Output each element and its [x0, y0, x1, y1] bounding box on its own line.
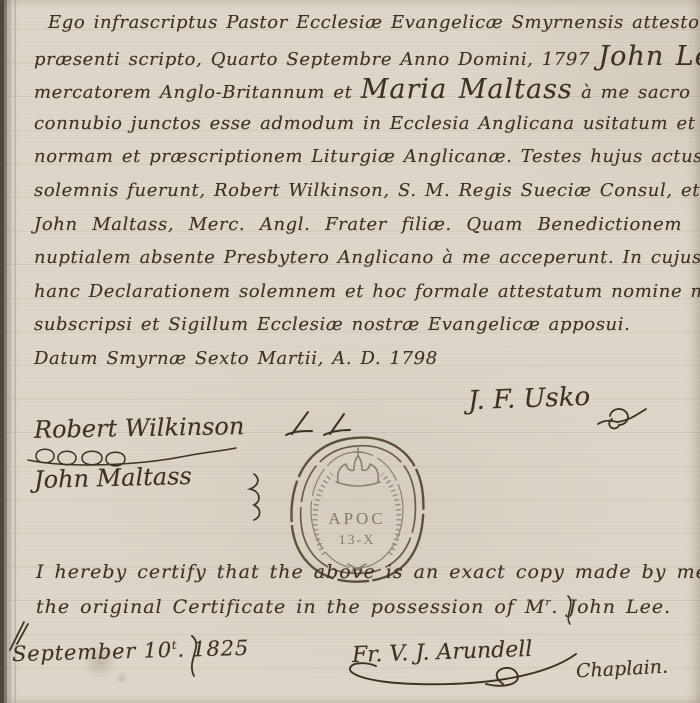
pen-tail-after-lee	[560, 592, 580, 628]
pen-tail-after-date	[182, 632, 208, 680]
manuscript-page: Ego infrascriptus Pastor Ecclesiæ Evange…	[0, 0, 700, 703]
datum-line-text: Datum Smyrnæ Sexto Martii, A. D. 1798	[34, 348, 438, 369]
latin-attestation-paragraph: Ego infrascriptus Pastor Ecclesiæ Evange…	[34, 6, 682, 376]
certification-line-2-text: the original Certificate in the possessi…	[36, 596, 545, 618]
binding-edge	[0, 0, 18, 703]
latin-line-2-text: præsenti scripto, Quarto Septembre Anno …	[34, 49, 598, 70]
maltass-signature-flourish	[238, 470, 266, 524]
certification-date: September 10t. 1825	[12, 636, 250, 666]
name-john-lee: John Lee,	[598, 41, 700, 72]
latin-line-3: mercatorem Anglo-Britannum et Maria Malt…	[34, 73, 682, 107]
latin-line-2: præsenti scripto, Quarto Septembre Anno …	[34, 40, 682, 74]
certification-line-1-text: I hereby certify that the above is an ex…	[36, 561, 700, 583]
latin-line-1: Ego infrascriptus Pastor Ecclesiæ Evange…	[34, 6, 682, 40]
latin-line-3-text: mercatorem Anglo-Britannum et	[34, 82, 361, 103]
latin-line-5: normam et præscriptionem Liturgiæ Anglic…	[34, 140, 682, 174]
latin-line-5-text: normam et præscriptionem Liturgiæ Anglic…	[34, 146, 700, 167]
signature-john-maltass: John Maltass	[34, 462, 192, 494]
certification-line-1: I hereby certify that the above is an ex…	[36, 561, 648, 583]
latin-line-6-text: solemnis fuerunt, Robert Wilkinson, S. M…	[34, 180, 700, 201]
latin-line-6: solemnis fuerunt, Robert Wilkinson, S. M…	[34, 174, 682, 208]
latin-line-7: John Maltass, Merc. Angl. Frater filiæ. …	[34, 208, 682, 242]
datum-line: Datum Smyrnæ Sexto Martii, A. D. 1798	[34, 342, 682, 376]
latin-line-8-text: nuptialem absente Presbytero Anglicano à…	[34, 247, 700, 268]
latin-line-7-text: John Maltass, Merc. Angl. Frater filiæ. …	[34, 214, 682, 235]
latin-line-10-text: subscripsi et Sigillum Ecclesiæ nostræ E…	[34, 314, 630, 335]
latin-line-8: nuptialem absente Presbytero Anglicano à…	[34, 241, 682, 275]
usko-signature-flourish	[596, 400, 648, 434]
latin-line-10: subscripsi et Sigillum Ecclesiæ nostræ E…	[34, 308, 682, 342]
signature-robert-wilkinson: Robert Wilkinson	[34, 412, 245, 444]
crown-icon	[336, 448, 380, 486]
seal-text-line2: 13-X	[339, 533, 376, 548]
seal-text-line1: APOC	[328, 509, 385, 528]
latin-line-3-tail: à me sacro	[573, 82, 691, 103]
certification-date-text: September 10	[12, 638, 173, 666]
latin-line-9-text: hanc Declarationem solemnem et hoc forma…	[34, 281, 700, 302]
name-maria-maltass: Maria Maltass	[361, 74, 573, 105]
latin-line-4-text: connubio junctos esse admodum in Ecclesi…	[34, 113, 700, 134]
chaplain-title: Chaplain.	[575, 656, 668, 683]
latin-line-9: hanc Declarationem solemnem et hoc forma…	[34, 275, 682, 309]
signature-usko: J. F. Usko	[468, 382, 591, 416]
latin-line-1-text: Ego infrascriptus Pastor Ecclesiæ Evange…	[48, 12, 700, 33]
latin-line-4: connubio junctos esse admodum in Ecclesi…	[34, 107, 682, 141]
